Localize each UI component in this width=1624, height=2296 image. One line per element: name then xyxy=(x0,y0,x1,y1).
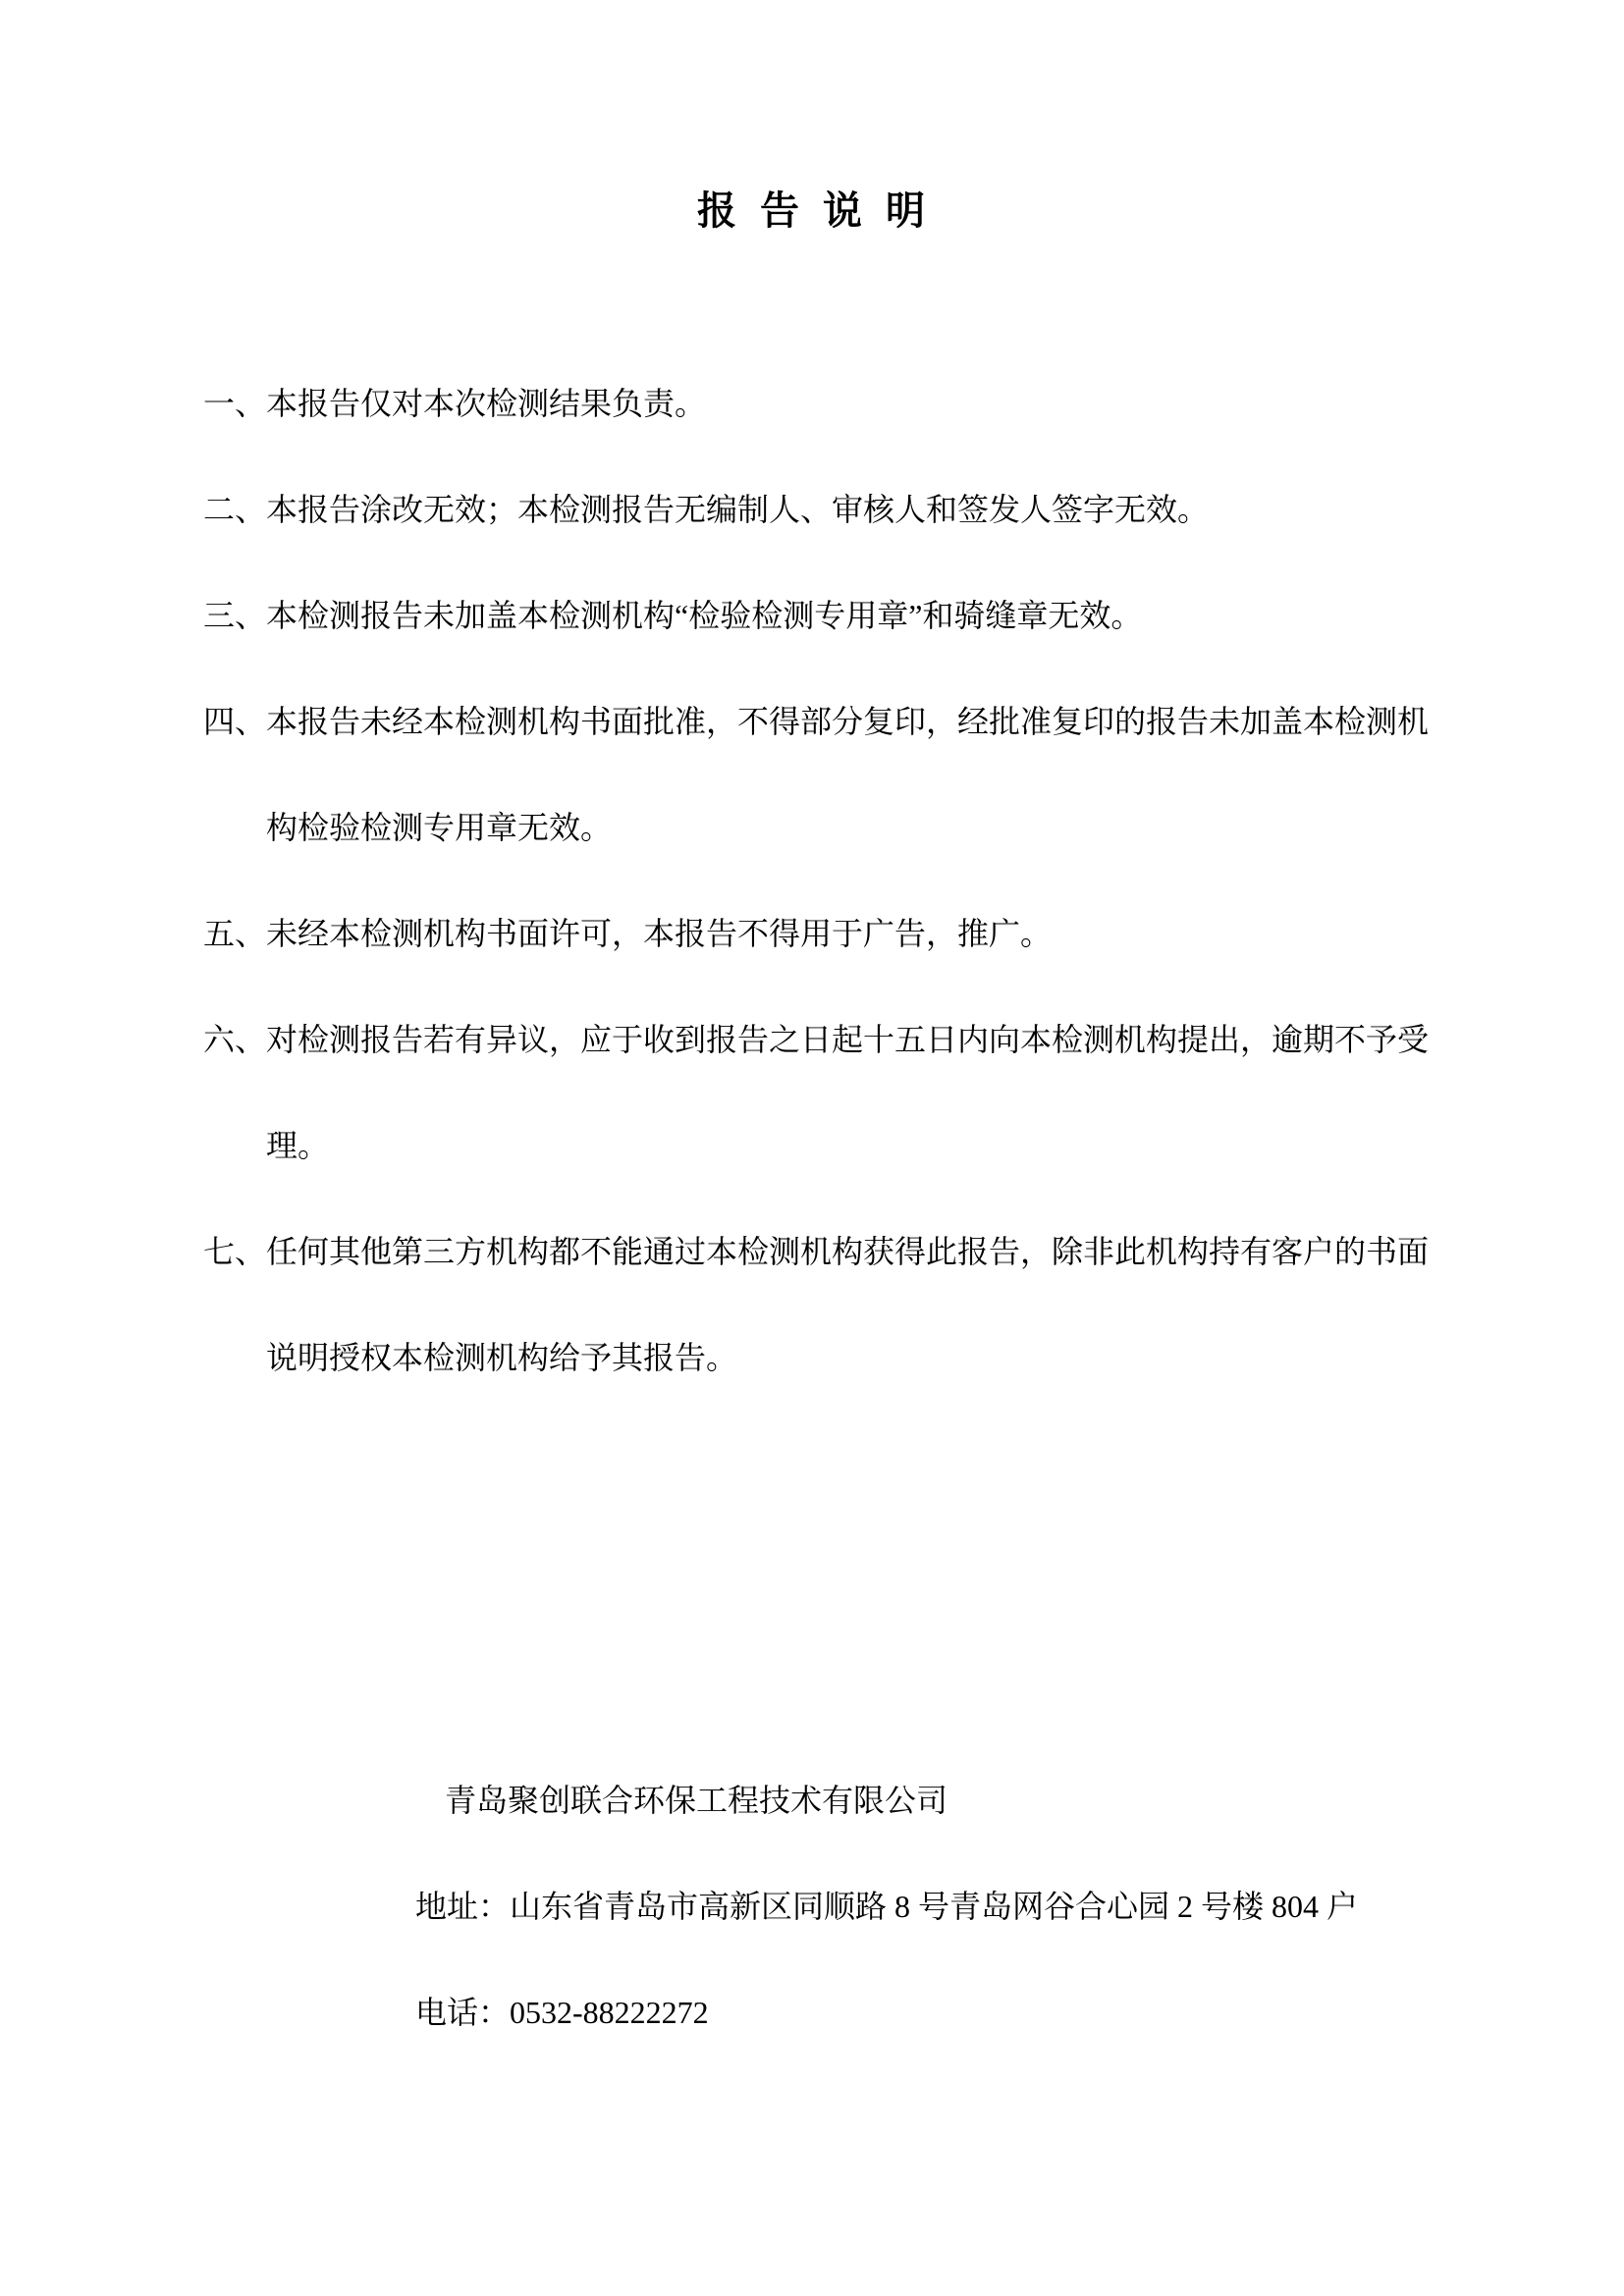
note-item-2: 二、本报告涂改无效；本检测报告无编制人、审核人和签发人签字无效。 xyxy=(203,456,1460,562)
company-info-block: 青岛聚创联合环保工程技术有限公司 地址：山东省青岛市高新区同顺路 8 号青岛网谷… xyxy=(415,1747,1358,2065)
note-line: 二、本报告涂改无效；本检测报告无编制人、审核人和签发人签字无效。 xyxy=(203,456,1460,562)
note-item-4: 四、本报告未经本检测机构书面批准，不得部分复印，经批准复印的报告未加盖本检测机 … xyxy=(203,668,1460,881)
company-name: 青岛聚创联合环保工程技术有限公司 xyxy=(415,1747,1358,1853)
note-item-7: 七、任何其他第三方机构都不能通过本检测机构获得此报告，除非此机构持有客户的书面 … xyxy=(203,1199,1460,1411)
note-line-continuation: 构检验检测专用章无效。 xyxy=(203,774,1460,881)
note-line-continuation: 说明授权本检测机构给予其报告。 xyxy=(203,1305,1460,1411)
notes-list: 一、本报告仅对本次检测结果负责。 二、本报告涂改无效；本检测报告无编制人、审核人… xyxy=(203,350,1460,1411)
note-line: 一、本报告仅对本次检测结果负责。 xyxy=(203,350,1460,456)
note-item-5: 五、未经本检测机构书面许可，本报告不得用于广告，推广。 xyxy=(203,881,1460,987)
company-address: 地址：山东省青岛市高新区同顺路 8 号青岛网谷合心园 2 号楼 804 户 xyxy=(415,1853,1358,1959)
note-line: 六、对检测报告若有异议，应于收到报告之日起十五日内向本检测机构提出，逾期不予受 xyxy=(203,987,1460,1093)
page-title: 报 告 说 明 xyxy=(0,182,1624,240)
note-item-3: 三、本检测报告未加盖本检测机构“检验检测专用章”和骑缝章无效。 xyxy=(203,562,1460,668)
note-item-1: 一、本报告仅对本次检测结果负责。 xyxy=(203,350,1460,456)
report-notes-page: 报 告 说 明 一、本报告仅对本次检测结果负责。 二、本报告涂改无效；本检测报告… xyxy=(0,0,1624,2296)
note-line: 七、任何其他第三方机构都不能通过本检测机构获得此报告，除非此机构持有客户的书面 xyxy=(203,1199,1460,1305)
note-line-continuation: 理。 xyxy=(203,1093,1460,1199)
company-phone: 电话：0532-88222272 xyxy=(415,1959,1358,2065)
note-line: 三、本检测报告未加盖本检测机构“检验检测专用章”和骑缝章无效。 xyxy=(203,562,1460,668)
note-line: 五、未经本检测机构书面许可，本报告不得用于广告，推广。 xyxy=(203,881,1460,987)
note-line: 四、本报告未经本检测机构书面批准，不得部分复印，经批准复印的报告未加盖本检测机 xyxy=(203,668,1460,774)
note-item-6: 六、对检测报告若有异议，应于收到报告之日起十五日内向本检测机构提出，逾期不予受 … xyxy=(203,987,1460,1199)
